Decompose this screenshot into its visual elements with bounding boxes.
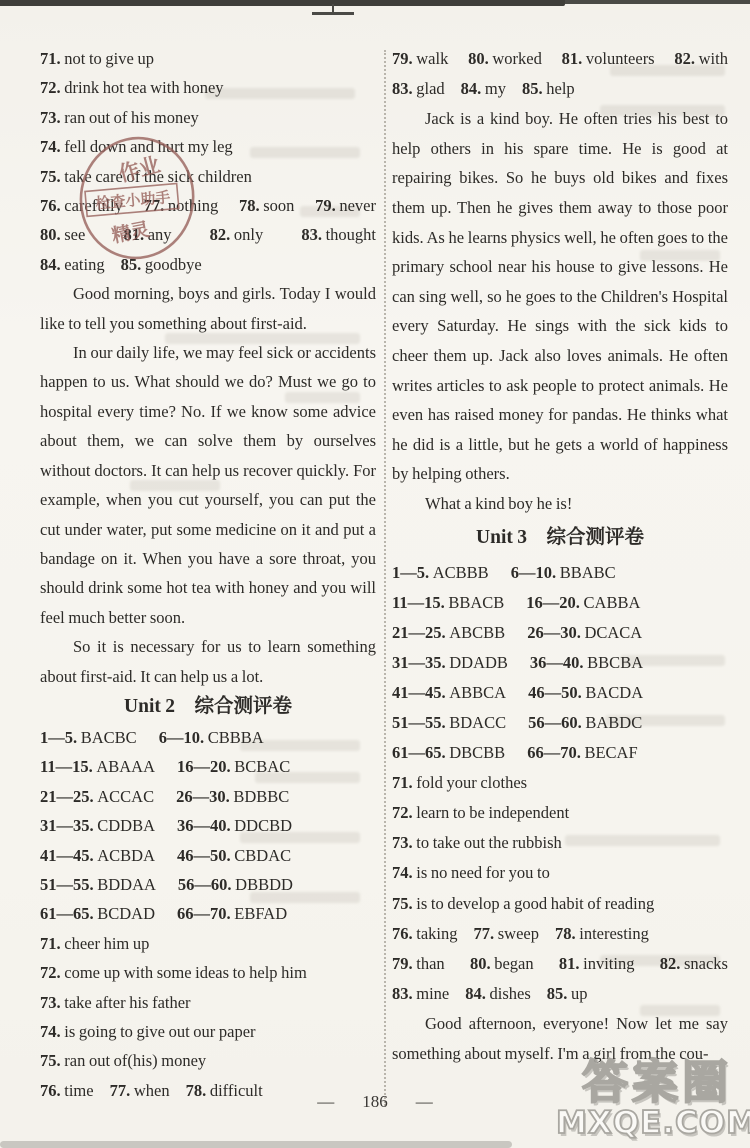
item-number: 16—20. — [177, 757, 234, 776]
item-number: 6—10. — [159, 728, 208, 747]
item: 77. sweep — [474, 924, 539, 943]
item-text: BCBAC — [234, 757, 290, 776]
item-text: BACDA — [585, 683, 643, 702]
item: 75. ran out of(his) money — [40, 1051, 206, 1070]
item-row: 76. taking77. sweep78. interesting — [392, 919, 728, 949]
item: 82. with — [674, 44, 728, 74]
item-row: 75. ran out of(his) money — [40, 1046, 376, 1075]
item-number: 83. — [392, 79, 416, 98]
item: 75. is to develop a good habit of readin… — [392, 894, 654, 913]
item-number: 82. — [674, 49, 698, 68]
answer-row: 61—65. BCDAD66—70. EBFAD — [40, 899, 376, 928]
item-number: 46—50. — [528, 683, 585, 702]
answer-group: 31—35. DDADB — [392, 653, 508, 672]
item-row: 83. mine84. dishes85. up — [392, 979, 728, 1009]
answer-group: 41—45. ABBCA — [392, 683, 506, 702]
paragraph: So it is necessary for us to learn somet… — [40, 632, 376, 691]
item: 83. thought — [301, 220, 376, 249]
stamp-middle-box: 检查小助手 — [85, 183, 179, 216]
stamp-text-bottom: 精灵 — [110, 217, 152, 247]
item-number: 46—50. — [177, 846, 234, 865]
item: 79. walk — [392, 44, 448, 74]
item-number: 77. — [474, 924, 498, 943]
item-text: ACCAC — [97, 787, 154, 806]
paragraph: In our daily life, we may feel sick or a… — [40, 338, 376, 632]
item-row: 72. drink hot tea with honey — [40, 73, 376, 102]
answer-group: 1—5. ACBBB — [392, 563, 489, 582]
item-number: 72. — [40, 963, 64, 982]
item-text: inviting — [583, 954, 634, 973]
answer-row: 11—15. BBACB16—20. CABBA — [392, 588, 728, 618]
item-text: ACBBB — [433, 563, 489, 582]
item-row: 73. take after his father — [40, 988, 376, 1017]
answer-row: 51—55. BDACC56—60. BABDC — [392, 708, 728, 738]
item-number: 66—70. — [177, 904, 234, 923]
homework-check-stamp: 作业 检查小助手 精灵 — [73, 131, 202, 267]
answer-row: 1—5. ACBBB6—10. BBABC — [392, 558, 728, 588]
item-text: DBBDD — [235, 875, 293, 894]
unit-heading: Unit 2 综合测评卷 — [40, 691, 376, 723]
item: 74. is no need for you to — [392, 863, 550, 882]
item-row: 74. is going to give out our paper — [40, 1017, 376, 1046]
item-row: 72. learn to be independent — [392, 798, 728, 828]
item-number: 73. — [40, 993, 64, 1012]
item-text: CBBBA — [208, 728, 264, 747]
item-text: BDACC — [449, 713, 506, 732]
unit-heading: Unit 3 综合测评卷 — [392, 522, 728, 554]
item-number: 80. — [470, 954, 494, 973]
item-text: BCDAD — [97, 904, 155, 923]
item: 72. drink hot tea with honey — [40, 78, 224, 97]
answer-group: 26—30. BDBBC — [176, 787, 289, 806]
site-watermark: 答案圈 MXQE.COM — [556, 1058, 750, 1140]
right-column: 79. walk80. worked81. volunteers82. with… — [392, 44, 728, 1106]
item-number: 56—60. — [178, 875, 235, 894]
item-text: ABCBB — [449, 623, 505, 642]
item-number: 16—20. — [526, 593, 583, 612]
item-text: ran out of(his) money — [64, 1051, 206, 1070]
column-divider — [384, 50, 386, 1106]
answer-row: 1—5. BACBC6—10. CBBBA — [40, 723, 376, 752]
paragraph: Jack is a kind boy. He often tries his b… — [392, 104, 728, 489]
item-number: 79. — [392, 49, 416, 68]
item-number: 21—25. — [40, 787, 97, 806]
watermark-site-url: MXQE.COM — [556, 1106, 750, 1140]
item-number: 84. — [465, 984, 489, 1003]
item-text: volunteers — [586, 49, 655, 68]
answer-row: 41—45. ABBCA46—50. BACDA — [392, 678, 728, 708]
answer-group: 61—65. BCDAD — [40, 904, 155, 923]
item-text: glad — [416, 79, 444, 98]
item: 74. is going to give out our paper — [40, 1022, 256, 1041]
item: 79. never — [315, 191, 376, 220]
item: 81. inviting — [559, 949, 635, 979]
item-number: 1—5. — [392, 563, 433, 582]
paragraph: Good morning, boys and girls. Today I wo… — [40, 279, 376, 338]
item: 71. fold your clothes — [392, 773, 527, 792]
answer-row: 21—25. ABCBB26—30. DCACA — [392, 618, 728, 648]
item: 73. ran out of his money — [40, 108, 199, 127]
item-number: 6—10. — [511, 563, 560, 582]
answer-row: 51—55. BDDAA56—60. DBBDD — [40, 870, 376, 899]
item-text: BBABC — [560, 563, 616, 582]
item-text: take after his father — [64, 993, 190, 1012]
item-text: not to give up — [64, 49, 154, 68]
item-text: mine — [416, 984, 449, 1003]
item-text: ran out of his money — [64, 108, 199, 127]
item: 81. volunteers — [562, 44, 655, 74]
item: 83. glad — [392, 79, 445, 98]
item-text: worked — [492, 49, 541, 68]
answer-group: 36—40. BBCBA — [530, 653, 643, 672]
item-text: DDCBD — [234, 816, 292, 835]
item-text: began — [494, 954, 533, 973]
item-number: 83. — [392, 984, 416, 1003]
item-number: 51—55. — [40, 875, 97, 894]
answer-group: 56—60. DBBDD — [178, 875, 293, 894]
item-text: CDDBA — [97, 816, 155, 835]
item-text: thought — [326, 225, 376, 244]
item: 73. to take out the rubbish — [392, 833, 562, 852]
answer-group: 21—25. ABCBB — [392, 623, 505, 642]
item-text: my — [485, 79, 506, 98]
item-text: BDDAA — [97, 875, 156, 894]
item-text: BACBC — [81, 728, 137, 747]
answer-group: 41—45. ACBDA — [40, 846, 155, 865]
item-number: 81. — [559, 954, 583, 973]
page-bottom-scan-edge — [0, 1141, 512, 1148]
registration-mark-bar — [312, 12, 354, 15]
item-text: cheer him up — [64, 934, 149, 953]
item: 78. interesting — [555, 924, 649, 943]
item-text: ABAAA — [96, 757, 155, 776]
item-text: come up with some ideas to help him — [64, 963, 307, 982]
item-number: 74. — [40, 137, 64, 156]
answer-group: 11—15. ABAAA — [40, 757, 155, 776]
answer-group: 36—40. DDCBD — [177, 816, 292, 835]
item-number: 74. — [40, 1022, 64, 1041]
item: 72. come up with some ideas to help him — [40, 963, 307, 982]
item-text: is no need for you to — [416, 863, 550, 882]
item-number: 82. — [210, 225, 234, 244]
answer-group: 6—10. CBBBA — [159, 728, 264, 747]
stamp-text-top: 作业 — [116, 152, 163, 186]
item-row: 75. is to develop a good habit of readin… — [392, 889, 728, 919]
item-number: 11—15. — [392, 593, 448, 612]
item-number: 11—15. — [40, 757, 96, 776]
answer-group: 26—30. DCACA — [527, 623, 642, 642]
answer-group: 6—10. BBABC — [511, 563, 616, 582]
answer-row: 41—45. ACBDA46—50. CBDAC — [40, 841, 376, 870]
paragraph: What a kind boy he is! — [392, 489, 728, 519]
item-row: 73. ran out of his money — [40, 103, 376, 132]
item-text: BBACB — [448, 593, 504, 612]
item-number: 71. — [40, 49, 64, 68]
item-text: only — [234, 225, 263, 244]
answer-group: 61—65. DBCBB — [392, 743, 505, 762]
item: 85. up — [547, 984, 588, 1003]
item-number: 76. — [392, 924, 416, 943]
item-number: 36—40. — [177, 816, 234, 835]
item-number: 41—45. — [40, 846, 97, 865]
answer-group: 16—20. CABBA — [526, 593, 640, 612]
answer-row: 11—15. ABAAA16—20. BCBAC — [40, 752, 376, 781]
item-number: 51—55. — [392, 713, 449, 732]
item-number: 84. — [40, 255, 64, 274]
item-row: 83. glad84. my85. help — [392, 74, 728, 104]
item: 73. take after his father — [40, 993, 191, 1012]
item-number: 75. — [40, 1051, 64, 1070]
page-top-scan-edge-dark — [0, 0, 565, 6]
item: 85. help — [522, 79, 575, 98]
item-number: 83. — [301, 225, 325, 244]
page-number: 186 — [362, 1092, 388, 1112]
item-row: 73. to take out the rubbish — [392, 828, 728, 858]
answer-group: 51—55. BDACC — [392, 713, 506, 732]
item-text: CBDAC — [234, 846, 291, 865]
answer-group: 1—5. BACBC — [40, 728, 137, 747]
item: 71. not to give up — [40, 49, 154, 68]
answer-group: 31—35. CDDBA — [40, 816, 155, 835]
item-number: 36—40. — [530, 653, 587, 672]
item: 84. dishes — [465, 984, 531, 1003]
item: 82. snacks — [660, 949, 728, 979]
footer-dash-right: — — [416, 1092, 433, 1112]
item-number: 26—30. — [527, 623, 584, 642]
answer-group: 46—50. BACDA — [528, 683, 643, 702]
item-text: CABBA — [584, 593, 641, 612]
item-row: 71. not to give up — [40, 44, 376, 73]
item-number: 79. — [315, 196, 339, 215]
item-text: with — [699, 49, 728, 68]
item: 82. only — [210, 220, 264, 249]
item-number: 76. — [40, 196, 64, 215]
item: 76. taking — [392, 924, 458, 943]
item-number: 56—60. — [528, 713, 585, 732]
item-number: 1—5. — [40, 728, 81, 747]
answer-row: 21—25. ACCAC26—30. BDBBC — [40, 782, 376, 811]
item-number: 61—65. — [40, 904, 97, 923]
item-number: 75. — [392, 894, 416, 913]
item-text: EBFAD — [234, 904, 287, 923]
item-text: learn to be independent — [416, 803, 569, 822]
item-text: to take out the rubbish — [416, 833, 562, 852]
item-number: 21—25. — [392, 623, 449, 642]
item-text: BABDC — [585, 713, 642, 732]
item: 78. soon — [239, 191, 294, 220]
item: 80. began — [470, 949, 534, 979]
item-number: 74. — [392, 863, 416, 882]
item-row: 79. than80. began81. inviting82. snacks — [392, 949, 728, 979]
item-number: 78. — [555, 924, 579, 943]
item-text: help — [546, 79, 574, 98]
answer-group: 66—70. EBFAD — [177, 904, 287, 923]
item-number: 73. — [392, 833, 416, 852]
item-number: 80. — [40, 225, 64, 244]
answer-group: 16—20. BCBAC — [177, 757, 290, 776]
item-text: snacks — [684, 954, 728, 973]
item-text: soon — [263, 196, 294, 215]
item: 71. cheer him up — [40, 934, 149, 953]
footer-dash-left: — — [317, 1092, 334, 1112]
item-number: 71. — [392, 773, 416, 792]
item: 80. worked — [468, 44, 542, 74]
item-text: taking — [416, 924, 457, 943]
watermark-site-name: 答案圈 — [556, 1058, 750, 1106]
item-text: DDADB — [449, 653, 508, 672]
answer-group: 21—25. ACCAC — [40, 787, 154, 806]
answer-group: 66—70. BECAF — [527, 743, 637, 762]
item-text: up — [571, 984, 588, 1003]
item-text: sweep — [498, 924, 539, 943]
item-number: 72. — [40, 78, 64, 97]
item-text: walk — [416, 49, 448, 68]
item-number: 66—70. — [527, 743, 584, 762]
item-text: drink hot tea with honey — [64, 78, 223, 97]
answer-row: 31—35. CDDBA36—40. DDCBD — [40, 811, 376, 840]
item-text: BBCBA — [587, 653, 643, 672]
item: 84. my — [461, 79, 506, 98]
answer-group: 51—55. BDDAA — [40, 875, 156, 894]
item-number: 81. — [562, 49, 586, 68]
item-number: 31—35. — [40, 816, 97, 835]
item-text: DCACA — [584, 623, 642, 642]
item-row: 71. fold your clothes — [392, 768, 728, 798]
item-text: DBCBB — [449, 743, 505, 762]
item-number: 31—35. — [392, 653, 449, 672]
item-row: 79. walk80. worked81. volunteers82. with — [392, 44, 728, 74]
item-number: 73. — [40, 108, 64, 127]
answer-group: 46—50. CBDAC — [177, 846, 291, 865]
item-text: BDBBC — [233, 787, 289, 806]
answer-row: 61—65. DBCBB66—70. BECAF — [392, 738, 728, 768]
item: 72. learn to be independent — [392, 803, 569, 822]
item-text: fold your clothes — [416, 773, 527, 792]
item-text: ABBCA — [449, 683, 506, 702]
item-number: 80. — [468, 49, 492, 68]
item-text: BECAF — [584, 743, 637, 762]
stamp-text-middle: 检查小助手 — [95, 188, 171, 212]
item-number: 85. — [547, 984, 571, 1003]
item-text: than — [416, 954, 444, 973]
item-row: 71. cheer him up — [40, 929, 376, 958]
item-text: is going to give out our paper — [64, 1022, 255, 1041]
item-text: is to develop a good habit of reading — [416, 894, 654, 913]
item-number: 72. — [392, 803, 416, 822]
answer-group: 56—60. BABDC — [528, 713, 642, 732]
item-number: 61—65. — [392, 743, 449, 762]
item: 79. than — [392, 949, 445, 979]
item-row: 74. is no need for you to — [392, 858, 728, 888]
item-number: 79. — [392, 954, 416, 973]
item-row: 72. come up with some ideas to help him — [40, 958, 376, 987]
item-number: 75. — [40, 167, 64, 186]
item-number: 78. — [239, 196, 263, 215]
item-number: 26—30. — [176, 787, 233, 806]
item-text: never — [339, 196, 376, 215]
item-number: 85. — [522, 79, 546, 98]
item-number: 82. — [660, 954, 684, 973]
item-text: dishes — [490, 984, 531, 1003]
item-text: interesting — [579, 924, 649, 943]
item-text: ACBDA — [97, 846, 155, 865]
answer-group: 11—15. BBACB — [392, 593, 504, 612]
item: 83. mine — [392, 984, 449, 1003]
item-number: 71. — [40, 934, 64, 953]
item-number: 84. — [461, 79, 485, 98]
answer-row: 31—35. DDADB36—40. BBCBA — [392, 648, 728, 678]
item-number: 41—45. — [392, 683, 449, 702]
